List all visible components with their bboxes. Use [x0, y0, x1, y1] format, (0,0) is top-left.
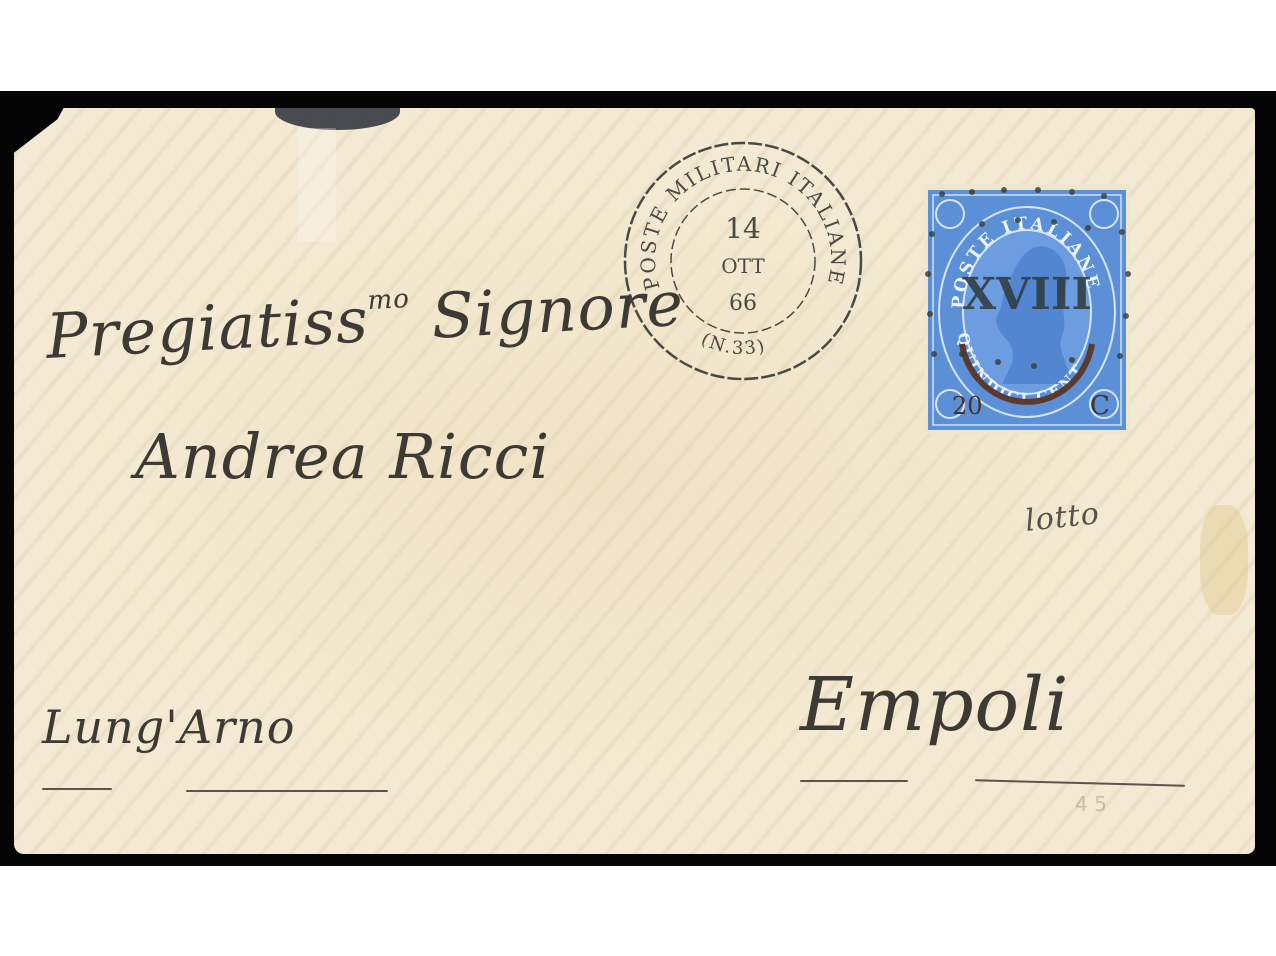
postmark-month: OTT	[721, 254, 765, 278]
postmark-day: 14	[725, 212, 761, 245]
stamp-surcharge-left: 20	[952, 392, 983, 420]
postage-stamp: POSTE ITALIANE QUINDICI CENT. 20 C XVIII	[922, 184, 1132, 434]
faint-pencil-mark: 4 5	[1075, 792, 1107, 816]
handwritten-recipient: Andrea Ricci	[135, 420, 550, 493]
circular-postmark: POSTE MILITARI ITALIANE (N.33) 14 OTT 66	[620, 138, 866, 384]
cancel-numeral: XVIII	[962, 269, 1092, 320]
paper-stain	[1200, 505, 1248, 615]
city-underline-left	[800, 780, 908, 782]
salutation-title: Signore	[430, 267, 686, 353]
paper-mark	[298, 128, 336, 242]
postmark-bottom-text: (N.33)	[698, 329, 769, 359]
handwritten-city: Empoli	[800, 662, 1069, 748]
street-underline-left	[42, 788, 112, 790]
street-underline-right	[186, 790, 388, 792]
postmark-year: 66	[729, 291, 757, 316]
handwritten-street: Lung'Arno	[42, 700, 295, 754]
stamp-surcharge-right: C	[1090, 391, 1110, 421]
salutation-superscript: mo	[367, 284, 411, 316]
